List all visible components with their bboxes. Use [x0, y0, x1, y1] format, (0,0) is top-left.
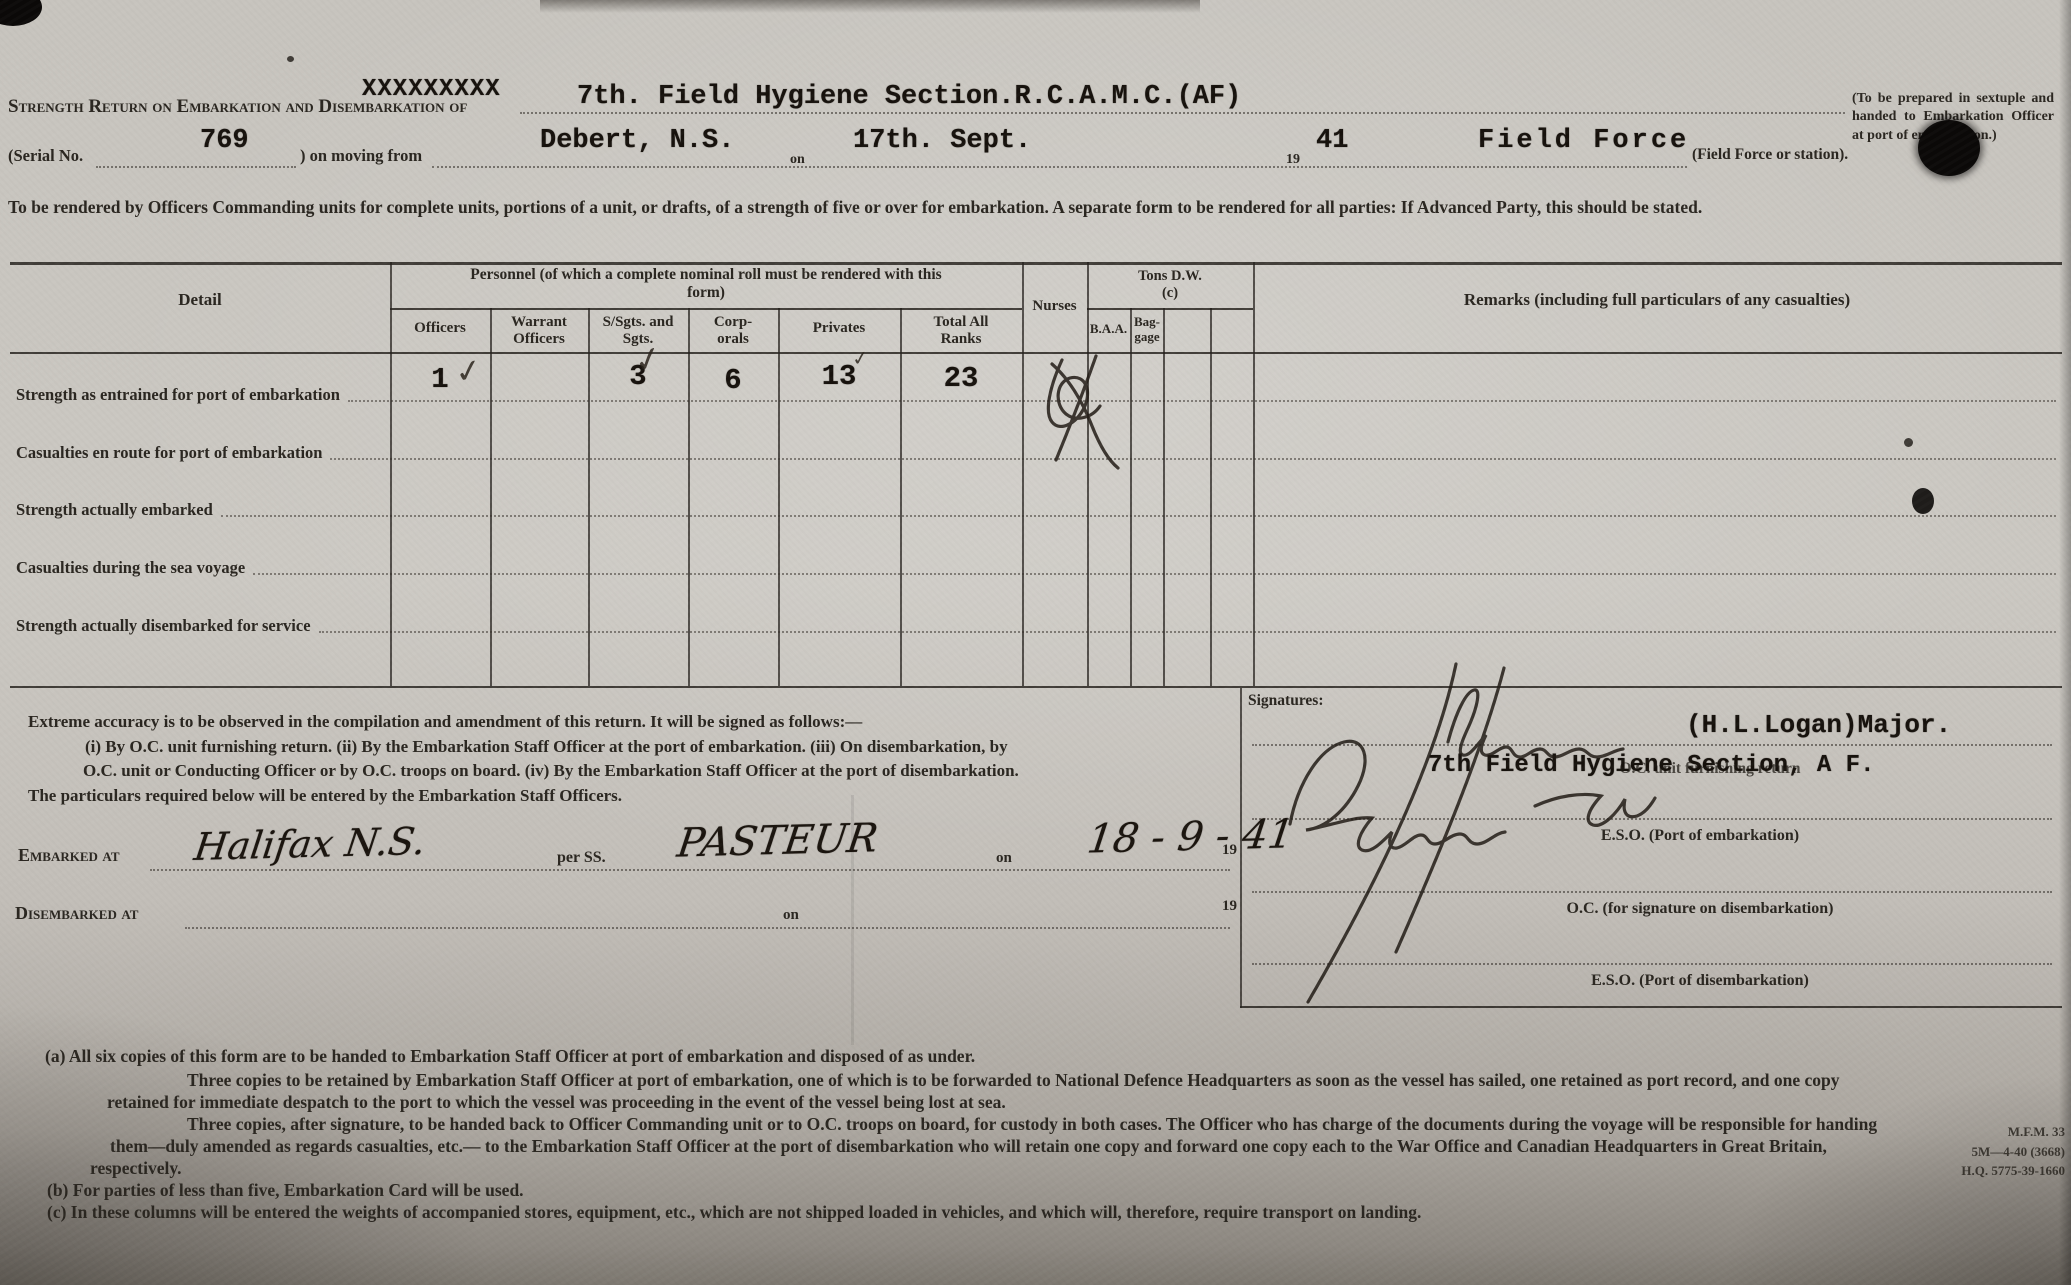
oc-disembarkation-label: O.C. (for signature on disembarkation): [1400, 900, 2000, 918]
dotted-leader: [319, 626, 2056, 633]
dotted-leader: [330, 453, 2056, 460]
row-label: Strength actually disembarked for servic…: [16, 616, 319, 636]
column-header-nurses: Nurses: [1022, 298, 1087, 315]
column-header-corporals: Corp-orals: [703, 314, 763, 349]
typed-signatory-name: (H.L.Logan)Major.: [1686, 710, 1951, 740]
table-row: Strength as entrained for port of embark…: [16, 385, 2056, 405]
accuracy-line-4: The particulars required below will be e…: [28, 786, 622, 806]
column-header-privates: Privates: [778, 320, 900, 337]
column-header-warrant-officers: Warrant Officers: [494, 314, 584, 349]
signature-scrawl-eso: [1535, 794, 1655, 825]
print-code-line: 5M—4-40 (3668): [1905, 1142, 2065, 1162]
dotted-leader: [253, 568, 2056, 575]
column-header-officers: Officers: [390, 320, 490, 337]
column-header-baggage: Bag-gage: [1132, 315, 1162, 345]
embarked-rule: [150, 869, 1230, 871]
signature-rule: [1252, 818, 2052, 820]
accuracy-line-2: (i) By O.C. unit furnishing return. (ii)…: [85, 737, 1008, 757]
signature-box-bottom: [1240, 1006, 2062, 1008]
row-label: Strength actually embarked: [16, 500, 221, 520]
footer-note-a4: Three copies, after signature, to be han…: [187, 1114, 1877, 1135]
tons-underline: [1087, 308, 1253, 310]
column-header-total-all-ranks: Total All Ranks: [916, 314, 1006, 349]
signature-scrawl-logan: [1448, 690, 1623, 757]
row-label: Casualties en route for port of embarkat…: [16, 443, 330, 463]
scan-edge-shadow: [2059, 0, 2071, 1285]
tons-group-header: Tons D.W. (c): [1135, 268, 1205, 301]
paper-speck: [287, 56, 294, 62]
column-header-baa: B.A.A.: [1087, 322, 1130, 337]
ship-name-handwritten: PASTEUR: [675, 815, 881, 866]
serial-number-typed: 769: [200, 126, 249, 156]
eso-embarkation-label: E.S.O. (Port of embarkation): [1450, 827, 1950, 845]
on-word: on: [790, 152, 805, 168]
moving-from-rule: [432, 166, 1687, 168]
table-row: Casualties en route for port of embarkat…: [16, 443, 2056, 463]
date-typed: 17th. Sept.: [853, 126, 1031, 156]
year-prefix: 19: [1286, 152, 1300, 168]
serial-label-open: (Serial No.: [8, 146, 83, 166]
detail-header: Detail: [10, 290, 390, 310]
dotted-leader: [221, 510, 2056, 517]
footer-note-a6: respectively.: [90, 1158, 182, 1179]
on-word: on: [996, 850, 1012, 867]
signatures-heading: Signatures:: [1248, 692, 1324, 710]
year-prefix: 19: [1222, 842, 1237, 859]
footer-note-a5: them—duly amended as regards casualties,…: [110, 1136, 1827, 1157]
typed-unit-overstrike: 7th Field Hygiene Section, A F.: [1428, 752, 1874, 779]
embark-date-handwritten: 18 - 9 - 41: [1085, 811, 1297, 862]
scan-edge-smudge: [540, 0, 1200, 13]
value-privates: 13: [778, 360, 900, 393]
row-label: Casualties during the sea voyage: [16, 558, 253, 578]
unit-entry-typed: 7th. Field Hygiene Section.R.C.A.M.C.(AF…: [577, 82, 1241, 112]
print-code-line: H.Q. 5775-39-1660: [1905, 1161, 2065, 1181]
personnel-underline: [390, 308, 1022, 310]
disembarked-at-label: Disembarked at: [15, 903, 138, 924]
footer-note-a2: Three copies to be retained by Embarkati…: [187, 1070, 1840, 1091]
scanned-strength-return-form: XXXXXXXXX Strength Return on Embarkation…: [0, 0, 2071, 1285]
print-codes: M.F.M. 33 5M—4-40 (3668) H.Q. 5775-39-16…: [1905, 1122, 2065, 1181]
value-total: 23: [900, 362, 1022, 395]
moving-from-typed: Debert, N.S.: [540, 126, 734, 156]
title-rule: [520, 112, 1845, 114]
serial-label-close: ) on moving from: [300, 146, 422, 166]
table-row: Strength actually disembarked for servic…: [16, 616, 2056, 636]
eso-disembarkation-label: E.S.O. (Port of disembarkation): [1450, 972, 1950, 990]
year-typed: 41: [1316, 126, 1348, 156]
embarked-at-label: Embarked at: [18, 845, 120, 866]
form-title: Strength Return on Embarkation and Disem…: [8, 96, 467, 118]
ink-blot: [1918, 120, 1980, 176]
table-row: Casualties during the sea voyage: [16, 558, 2056, 578]
force-typed: Field Force: [1478, 126, 1689, 156]
pencil-tick: ✓: [850, 345, 870, 371]
signature-rule: [1252, 963, 2052, 965]
scan-corner-mark: [0, 0, 42, 26]
print-code-line: M.F.M. 33: [1905, 1122, 2065, 1142]
table-top-border: [10, 262, 2062, 265]
remarks-header: Remarks (including full particulars of a…: [1262, 290, 2052, 310]
disembarked-rule: [185, 927, 1230, 929]
force-hint: (Field Force or station).: [1692, 146, 1848, 164]
year-prefix: 19: [1222, 898, 1237, 915]
footer-note-b: (b) For parties of less than five, Embar…: [47, 1180, 524, 1201]
signature-stroke: [1308, 664, 1456, 1002]
signature-rule: [1252, 744, 2052, 746]
table-bottom-border: [10, 686, 2062, 688]
render-instructions: To be rendered by Officers Commanding un…: [8, 196, 2018, 219]
row-label: Strength as entrained for port of embark…: [16, 385, 348, 405]
embarked-place-handwritten: Halifax N.S.: [192, 819, 429, 869]
pencil-tick: ✓: [452, 350, 485, 392]
footer-note-c: (c) In these columns will be entered the…: [47, 1202, 1421, 1223]
signature-rule: [1252, 891, 2052, 893]
serial-rule: [96, 166, 296, 168]
table-row: Strength actually embarked: [16, 500, 2056, 520]
dotted-leader: [348, 395, 2056, 402]
footer-note-a3: retained for immediate despatch to the p…: [107, 1092, 1006, 1113]
header-underline: [10, 352, 2062, 354]
value-corporals: 6: [688, 364, 778, 397]
on-word: on: [783, 907, 799, 924]
accuracy-line-3: O.C. unit or Conducting Officer or by O.…: [83, 761, 1019, 781]
accuracy-line-1: Extreme accuracy is to be observed in th…: [28, 712, 862, 732]
personnel-header: Personnel (of which a complete nominal r…: [456, 266, 956, 302]
footer-note-a1: (a) All six copies of this form are to b…: [45, 1046, 975, 1067]
per-ss-label: per SS.: [557, 849, 606, 867]
